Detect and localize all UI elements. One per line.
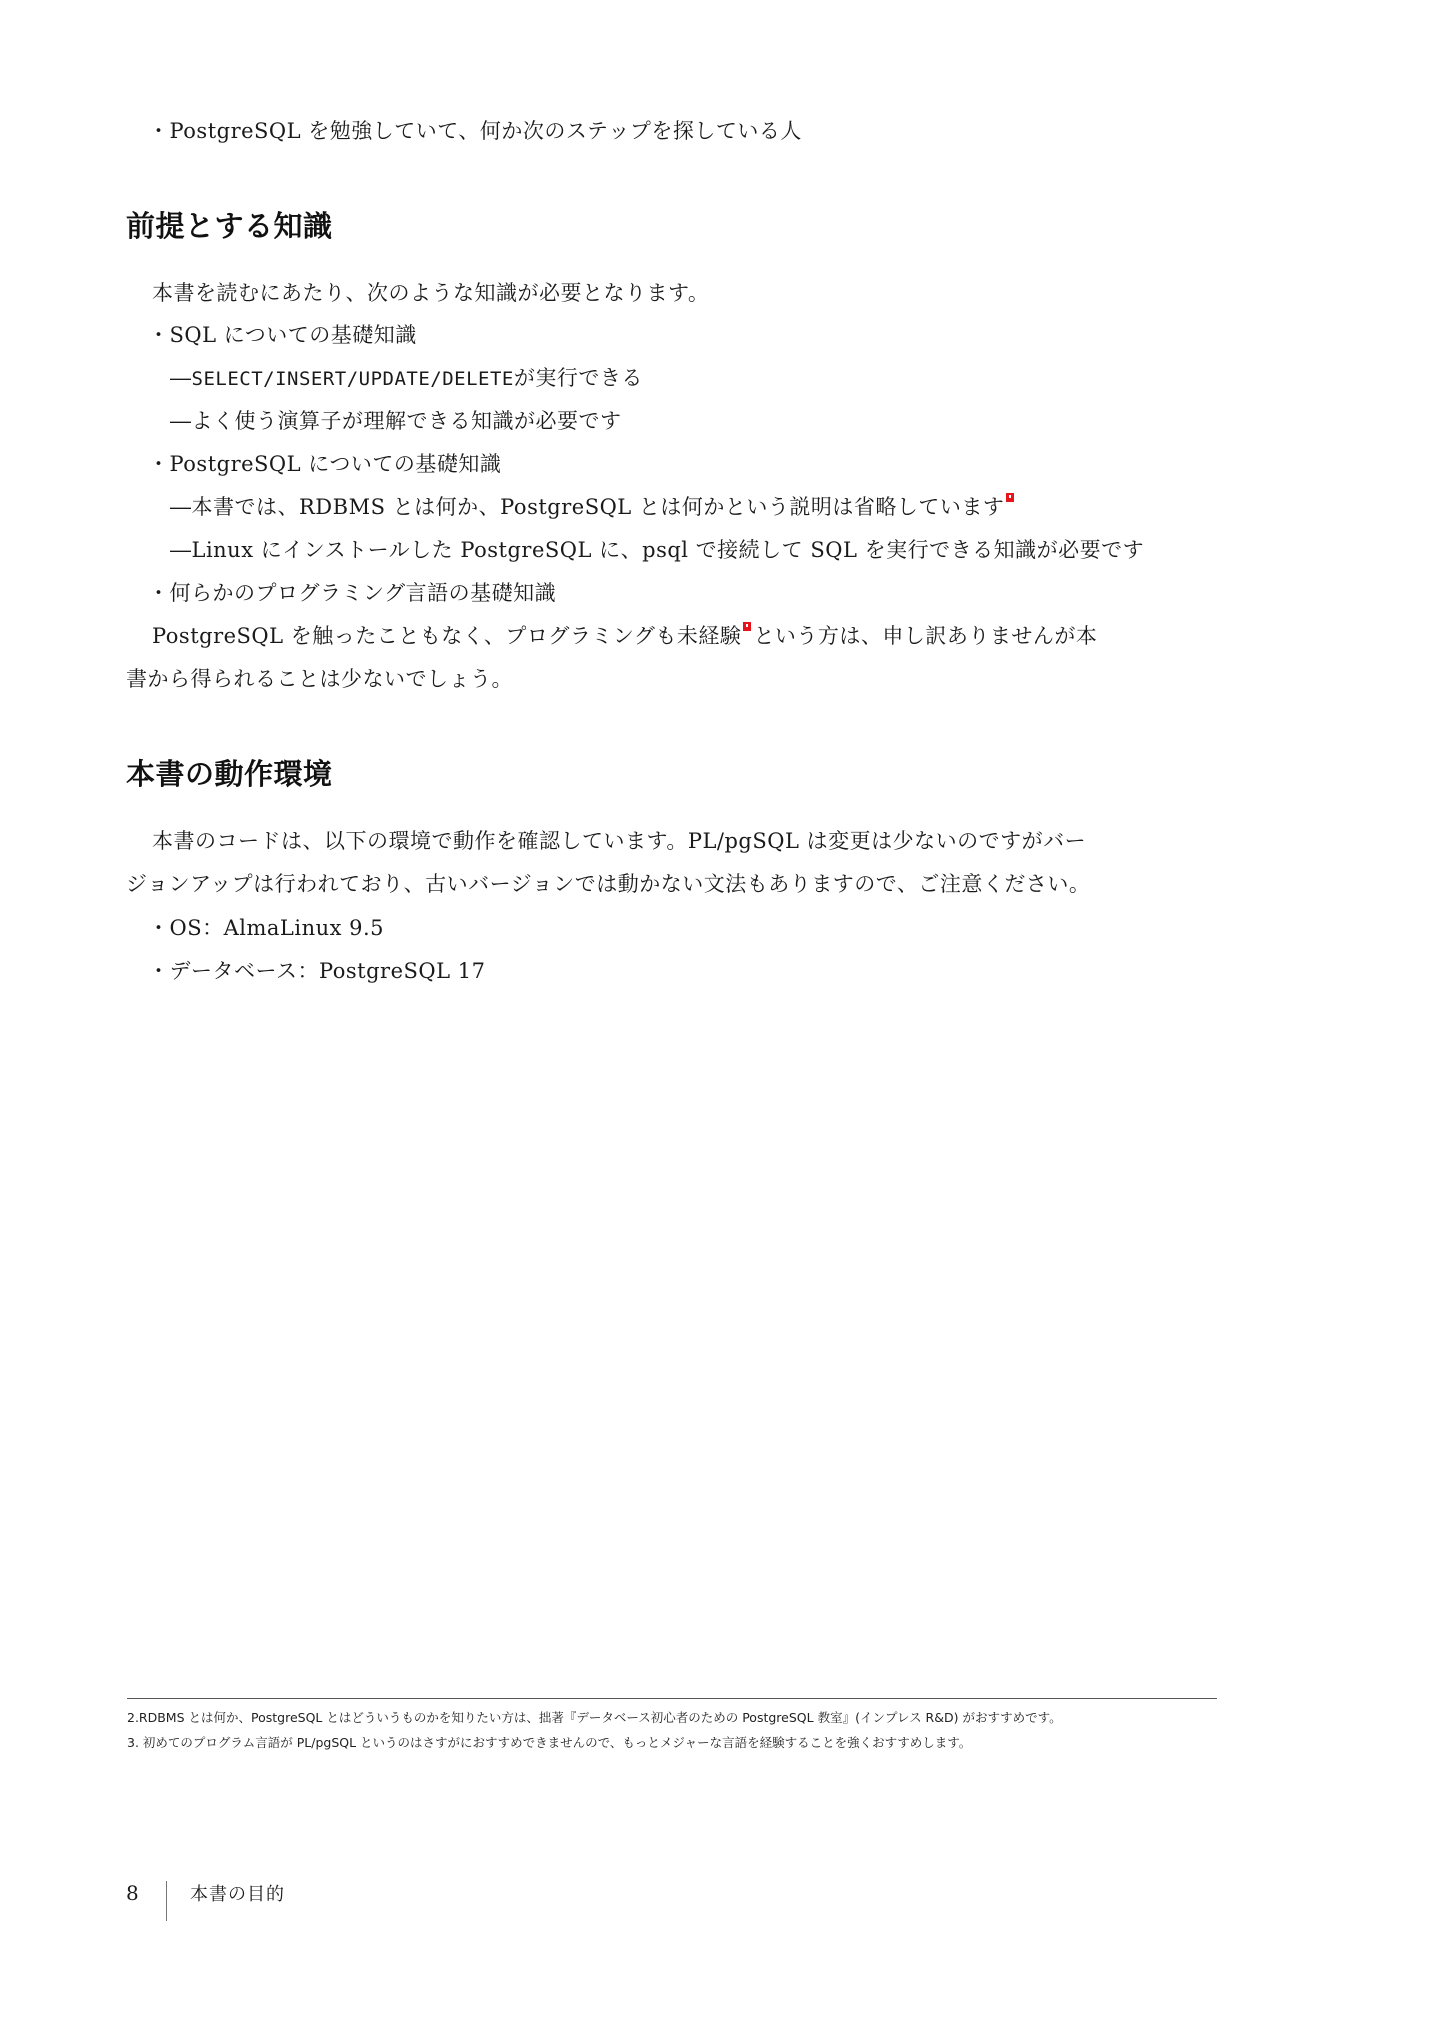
running-title: 本書の目的 <box>190 1882 285 1908</box>
footnote-3-marker-icon[interactable] <box>743 622 751 631</box>
prerequisite-subitem-operators: ―よく使う演算子が理解できる知識が必要です <box>170 406 622 436</box>
footnote-2: 2.RDBMS とは何か、PostgreSQL とはどういうものかを知りたい方は… <box>127 1709 1062 1727</box>
prerequisite-subitem-sql-commands: ―SELECT/INSERT/UPDATE/DELETEが実行できる <box>170 363 643 394</box>
sql-commands-code: SELECT/INSERT/UPDATE/DELETE <box>192 368 514 390</box>
prerequisite-item-sql: ・SQL についての基礎知識 <box>148 320 417 350</box>
environment-paragraph-line-1: 本書のコードは、以下の環境で動作を確認しています。PL/pgSQL は変更は少な… <box>152 826 1086 856</box>
intro-list-item: ・PostgreSQL を勉強していて、何か次のステップを探している人 <box>148 116 802 146</box>
footnote-separator <box>127 1698 1217 1699</box>
section-heading-prerequisites: 前提とする知識 <box>126 208 333 244</box>
prerequisites-closing-line-2: 書から得られることは少ないでしょう。 <box>126 664 513 694</box>
footnote-2-marker-icon[interactable] <box>1006 493 1014 502</box>
prerequisite-item-programming: ・何らかのプログラミング言語の基礎知識 <box>148 578 556 608</box>
closing-text-before-ref: PostgreSQL を触ったこともなく、プログラミングも未経験 <box>152 624 741 648</box>
prerequisite-subitem-psql: ―Linux にインストールした PostgreSQL に、psql で接続して… <box>170 535 1144 565</box>
document-page: ・PostgreSQL を勉強していて、何か次のステップを探している人 前提とす… <box>0 0 1433 2024</box>
environment-item-os: ・OS：AlmaLinux 9.5 <box>148 913 384 943</box>
section-heading-environment: 本書の動作環境 <box>126 756 333 792</box>
prerequisite-item-postgresql: ・PostgreSQL についての基礎知識 <box>148 449 501 479</box>
closing-text-after-ref: という方は、申し訳ありませんが本 <box>753 624 1097 648</box>
environment-item-database: ・データベース：PostgreSQL 17 <box>148 956 485 986</box>
footnote-3: 3. 初めてのプログラム言語が PL/pgSQL というのはさすがにおすすめでき… <box>127 1734 971 1752</box>
environment-paragraph-line-2: ジョンアップは行われており、古いバージョンでは動かない文法もありますので、ご注意… <box>126 869 1090 899</box>
prerequisites-closing-line-1: PostgreSQL を触ったこともなく、プログラミングも未経験という方は、申し… <box>152 621 1097 651</box>
dash: ― <box>170 366 192 390</box>
rdbms-note-text: ―本書では、RDBMS とは何か、PostgreSQL とは何かという説明は省略… <box>170 495 1004 519</box>
prerequisite-subitem-rdbms-note: ―本書では、RDBMS とは何か、PostgreSQL とは何かという説明は省略… <box>170 492 1016 522</box>
page-number: 8 <box>126 1880 139 1906</box>
folio-divider <box>166 1881 167 1921</box>
sql-commands-text: が実行できる <box>514 366 643 390</box>
prerequisites-lead: 本書を読むにあたり、次のような知識が必要となります。 <box>152 278 709 308</box>
